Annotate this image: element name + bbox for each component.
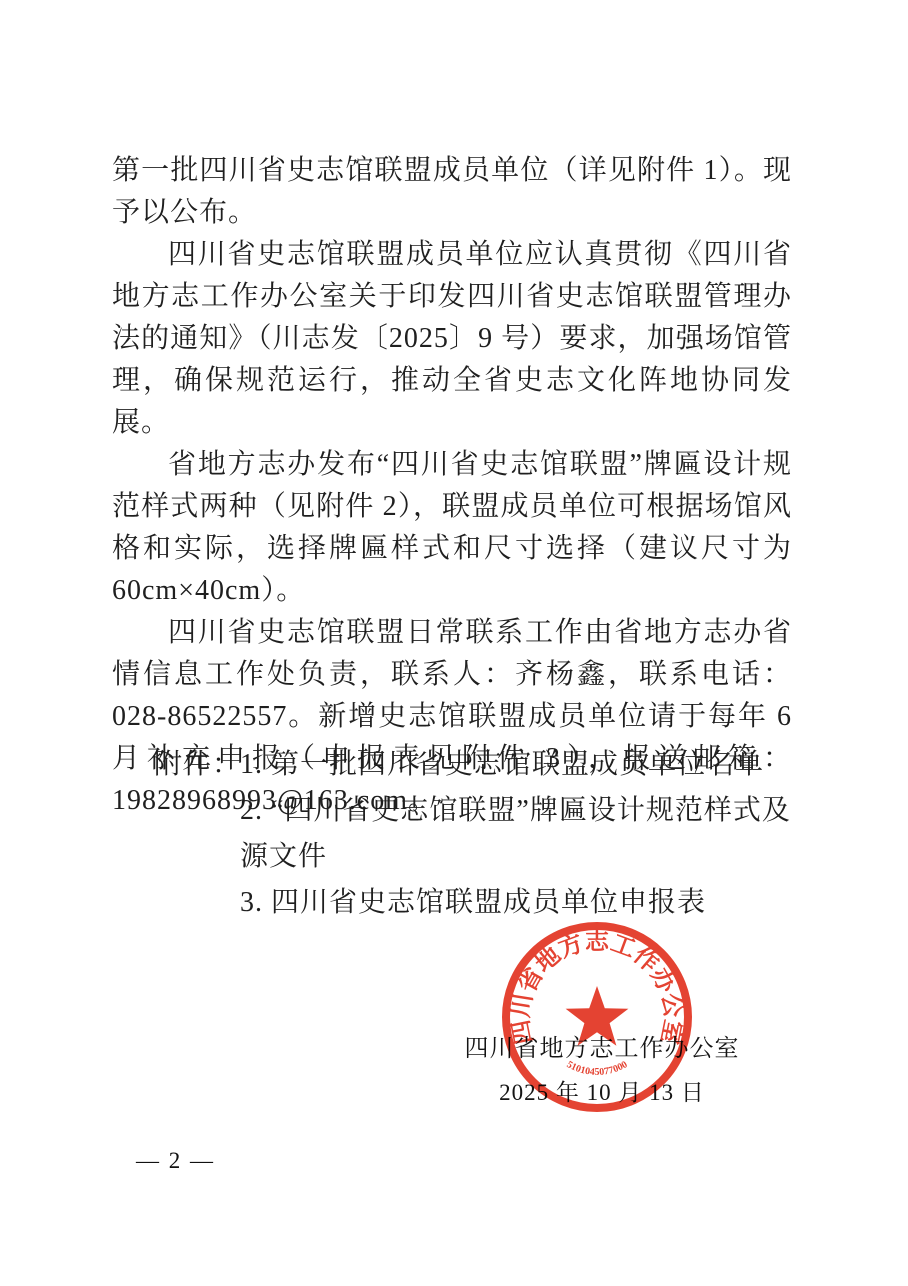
paragraph-2: 四川省史志馆联盟成员单位应认真贯彻《四川省地方志工作办公室关于印发四川省史志馆联…: [112, 234, 792, 444]
attachment-item-1: 1. 第一批四川省史志馆联盟成员单位名单: [240, 742, 802, 788]
attachments-label: 附件：: [154, 742, 240, 788]
paragraph-3: 省地方志办发布“四川省史志馆联盟”牌匾设计规范样式两种（见附件 2），联盟成员单…: [112, 444, 792, 612]
page-number: — 2 —: [136, 1148, 215, 1174]
attachment-row-1: 附件： 1. 第一批四川省史志馆联盟成员单位名单: [154, 742, 802, 788]
seal-star-icon: [566, 986, 629, 1046]
paragraph-1: 第一批四川省史志馆联盟成员单位（详见附件 1）。现予以公布。: [112, 150, 792, 234]
document-page: 第一批四川省史志馆联盟成员单位（详见附件 1）。现予以公布。 四川省史志馆联盟成…: [0, 0, 908, 1286]
official-seal: 四川省地方志工作办公室 5101045077000: [497, 917, 697, 1117]
attachment-row-3: 3. 四川省史志馆联盟成员单位申报表: [154, 880, 802, 926]
document-body: 第一批四川省史志馆联盟成员单位（详见附件 1）。现予以公布。 四川省史志馆联盟成…: [112, 150, 792, 822]
attachments-list: 附件： 1. 第一批四川省史志馆联盟成员单位名单 2. “四川省史志馆联盟”牌匾…: [154, 742, 802, 926]
attachment-item-2: 2. “四川省史志馆联盟”牌匾设计规范样式及源文件: [240, 788, 802, 880]
attachment-row-2: 2. “四川省史志馆联盟”牌匾设计规范样式及源文件: [154, 788, 802, 880]
seal-code-text: 5101045077000: [565, 1059, 630, 1078]
